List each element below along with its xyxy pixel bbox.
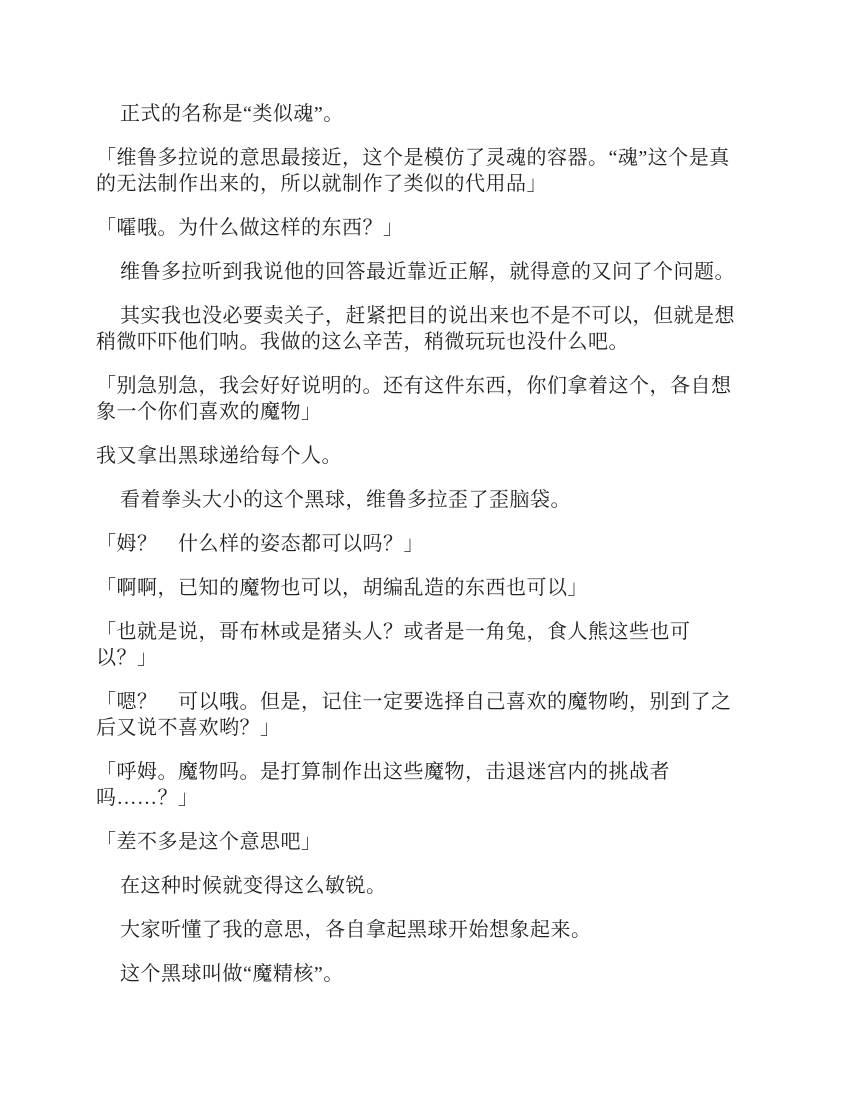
text-line: 后又说不喜欢哟？」 — [96, 715, 776, 741]
text-line: 正式的名称是“类似魂”。 — [96, 101, 776, 127]
novel-page: 正式的名称是“类似魂”。「维鲁多拉说的意思最接近，这个是模仿了灵魂的容器。“魂”… — [0, 0, 850, 1100]
text-line: 「呼姆。魔物吗。是打算制作出这些魔物，击退迷宫内的挑战者 — [96, 759, 776, 785]
paragraph-12-dialogue: 「嗯？ 可以哦。但是，记住一定要选择自己喜欢的魔物哟，别到了之后又说不喜欢哟？」 — [96, 689, 776, 741]
text-line: 「啊啊，已知的魔物也可以，胡编乱造的东西也可以」 — [96, 575, 776, 601]
paragraph-11-dialogue: 「也就是说，哥布林或是猪头人？或者是一角兔，食人熊这些也可以？」 — [96, 619, 776, 671]
text-line: 的无法制作出来的，所以就制作了类似的代用品」 — [96, 171, 776, 197]
text-line: 在这种时候就变得这么敏锐。 — [96, 873, 776, 899]
paragraph-10-dialogue: 「啊啊，已知的魔物也可以，胡编乱造的东西也可以」 — [96, 575, 776, 601]
paragraph-5-narration: 其实我也没必要卖关子，赶紧把目的说出来也不是不可以，但就是想稍微吓吓他们呐。我做… — [96, 303, 776, 355]
text-line: 稍微吓吓他们呐。我做的这么辛苦，稍微玩玩也没什么吧。 — [96, 329, 776, 355]
paragraph-17-narration: 这个黑球叫做“魔精核”。 — [96, 961, 776, 987]
text-line: 维鲁多拉听到我说他的回答最近靠近正解，就得意的又问了个问题。 — [96, 259, 776, 285]
text-line: 「差不多是这个意思吧」 — [96, 829, 776, 855]
text-line: 「姆？ 什么样的姿态都可以吗？」 — [96, 531, 776, 557]
document-body: 正式的名称是“类似魂”。「维鲁多拉说的意思最接近，这个是模仿了灵魂的容器。“魂”… — [96, 101, 776, 1005]
text-line: 我又拿出黑球递给每个人。 — [96, 443, 776, 469]
text-line: 看着拳头大小的这个黑球，维鲁多拉歪了歪脑袋。 — [96, 487, 776, 513]
paragraph-9-dialogue: 「姆？ 什么样的姿态都可以吗？」 — [96, 531, 776, 557]
paragraph-8-narration: 看着拳头大小的这个黑球，维鲁多拉歪了歪脑袋。 — [96, 487, 776, 513]
text-line: 这个黑球叫做“魔精核”。 — [96, 961, 776, 987]
paragraph-3-dialogue: 「嚯哦。为什么做这样的东西？」 — [96, 215, 776, 241]
text-line: 以？」 — [96, 645, 776, 671]
paragraph-7-narration: 我又拿出黑球递给每个人。 — [96, 443, 776, 469]
text-line: 其实我也没必要卖关子，赶紧把目的说出来也不是不可以，但就是想 — [96, 303, 776, 329]
paragraph-13-dialogue: 「呼姆。魔物吗。是打算制作出这些魔物，击退迷宫内的挑战者吗……？」 — [96, 759, 776, 811]
paragraph-15-narration: 在这种时候就变得这么敏锐。 — [96, 873, 776, 899]
text-line: 「嗯？ 可以哦。但是，记住一定要选择自己喜欢的魔物哟，别到了之 — [96, 689, 776, 715]
paragraph-16-narration: 大家听懂了我的意思，各自拿起黑球开始想象起来。 — [96, 917, 776, 943]
text-line: 「别急别急，我会好好说明的。还有这件东西，你们拿着这个，各自想 — [96, 373, 776, 399]
text-line: 「也就是说，哥布林或是猪头人？或者是一角兔，食人熊这些也可 — [96, 619, 776, 645]
text-line: 大家听懂了我的意思，各自拿起黑球开始想象起来。 — [96, 917, 776, 943]
text-line: 象一个你们喜欢的魔物」 — [96, 399, 776, 425]
text-line: 「嚯哦。为什么做这样的东西？」 — [96, 215, 776, 241]
paragraph-1-narration: 正式的名称是“类似魂”。 — [96, 101, 776, 127]
text-line: 「维鲁多拉说的意思最接近，这个是模仿了灵魂的容器。“魂”这个是真 — [96, 145, 776, 171]
text-line: 吗……？」 — [96, 785, 776, 811]
paragraph-4-narration: 维鲁多拉听到我说他的回答最近靠近正解，就得意的又问了个问题。 — [96, 259, 776, 285]
paragraph-2-dialogue: 「维鲁多拉说的意思最接近，这个是模仿了灵魂的容器。“魂”这个是真的无法制作出来的… — [96, 145, 776, 197]
paragraph-14-dialogue: 「差不多是这个意思吧」 — [96, 829, 776, 855]
paragraph-6-dialogue: 「别急别急，我会好好说明的。还有这件东西，你们拿着这个，各自想象一个你们喜欢的魔… — [96, 373, 776, 425]
